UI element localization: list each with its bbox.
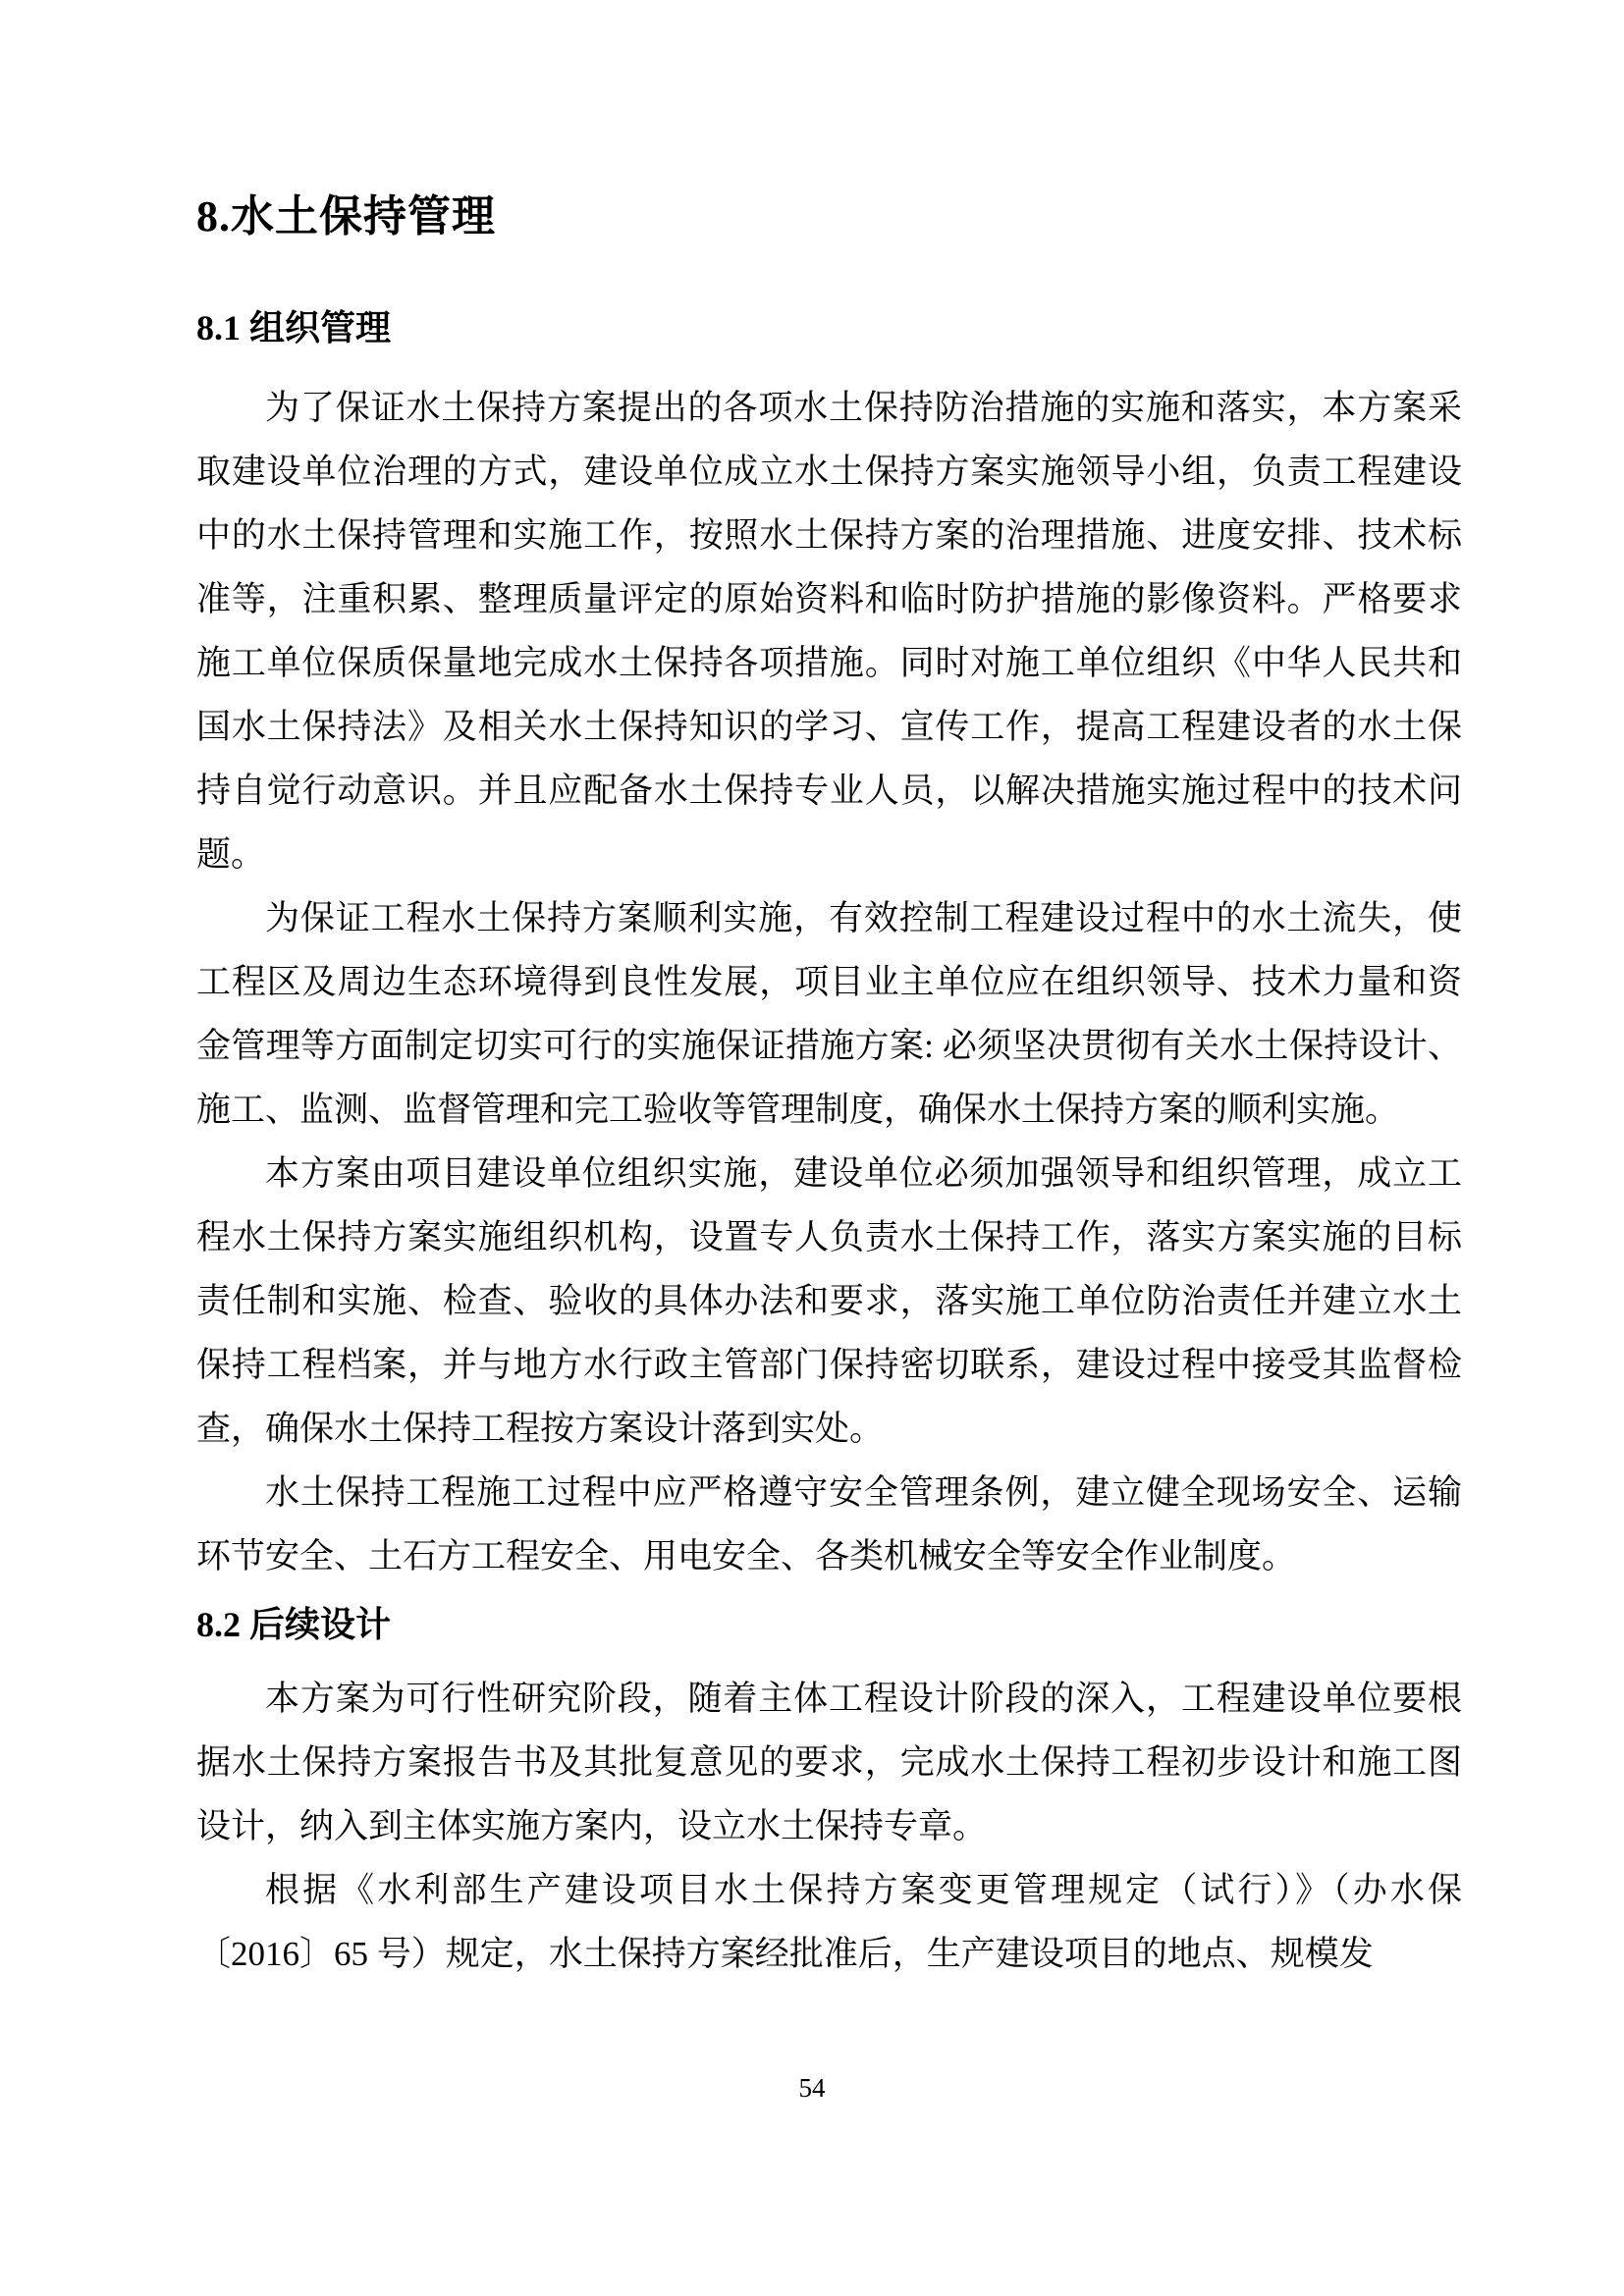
paragraph: 水土保持工程施工过程中应严格遵守安全管理条例，建立健全现场安全、运输环节安全、土… bbox=[196, 1461, 1462, 1588]
section-heading-8-1: 8.1 组织管理 bbox=[196, 305, 1462, 350]
document-page: 8.水土保持管理 8.1 组织管理 为了保证水土保持方案提出的各项水土保持防治措… bbox=[0, 0, 1624, 2296]
paragraph: 为保证工程水土保持方案顺利实施，有效控制工程建设过程中的水土流失，使工程区及周边… bbox=[196, 886, 1462, 1142]
section-organization-management: 8.1 组织管理 为了保证水土保持方案提出的各项水土保持防治措施的实施和落实，本… bbox=[196, 305, 1462, 1588]
chapter-title: 8.水土保持管理 bbox=[196, 192, 1462, 242]
section-heading-8-2: 8.2 后续设计 bbox=[196, 1602, 1462, 1647]
page-content: 8.水土保持管理 8.1 组织管理 为了保证水土保持方案提出的各项水土保持防治措… bbox=[0, 0, 1624, 1986]
paragraph: 本方案由项目建设单位组织实施，建设单位必须加强领导和组织管理，成立工程水土保持方… bbox=[196, 1142, 1462, 1461]
paragraph: 根据《水利部生产建设项目水土保持方案变更管理规定（试行）》（办水保〔2016〕6… bbox=[196, 1858, 1462, 1986]
paragraph: 为了保证水土保持方案提出的各项水土保持防治措施的实施和落实，本方案采取建设单位治… bbox=[196, 376, 1462, 886]
paragraph: 本方案为可行性研究阶段，随着主体工程设计阶段的深入，工程建设单位要根据水土保持方… bbox=[196, 1667, 1462, 1858]
section-follow-up-design: 8.2 后续设计 本方案为可行性研究阶段，随着主体工程设计阶段的深入，工程建设单… bbox=[196, 1602, 1462, 1986]
page-number: 54 bbox=[0, 2073, 1624, 2104]
